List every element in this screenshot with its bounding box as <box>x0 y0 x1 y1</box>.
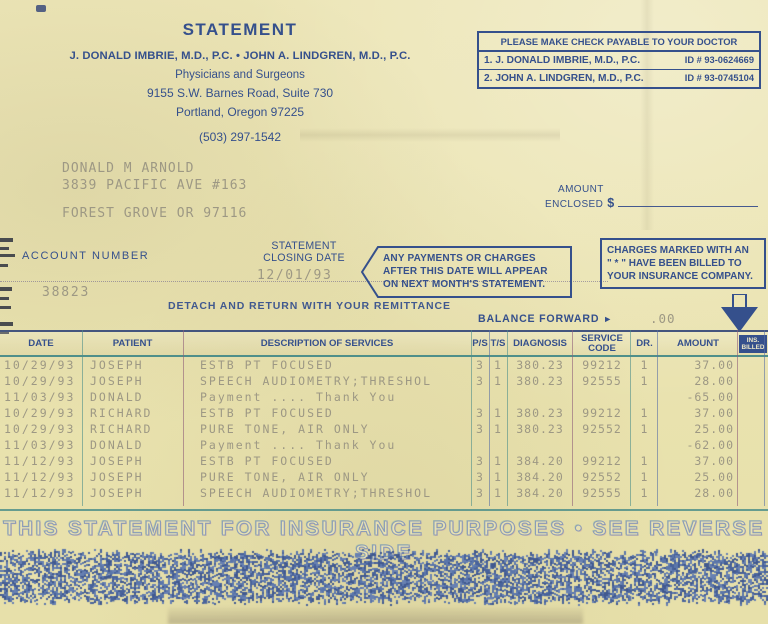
balance-forward-arrow-icon: ► <box>603 314 613 324</box>
cell-diagnosis <box>507 437 573 453</box>
cell-patient: JOSEPH <box>82 373 183 389</box>
cell-patient: DONALD <box>82 389 183 405</box>
payable-doctor-2-id: ID # 93-0745104 <box>685 73 754 83</box>
cell-diagnosis: 380.23 <box>507 373 573 389</box>
cell-amount: 28.00 <box>658 373 738 389</box>
cell-patient: RICHARD <box>82 405 183 421</box>
practice-phone: (503) 297-1542 <box>40 130 440 144</box>
cell-ts <box>489 389 507 405</box>
payable-box: PLEASE MAKE CHECK PAYABLE TO YOUR DOCTOR… <box>477 31 761 89</box>
amount-enclosed-label-1: AMOUNT <box>558 184 758 195</box>
cell-diagnosis: 384.20 <box>507 485 573 501</box>
cell-service-code: 92552 <box>573 421 631 437</box>
cell-dr: 1 <box>631 453 658 469</box>
cell-amount: 25.00 <box>658 469 738 485</box>
scan-artifact <box>0 322 13 326</box>
table-rule <box>630 330 631 506</box>
practice-address-line1: 9155 S.W. Barnes Road, Suite 730 <box>40 86 440 100</box>
cell-date: 10/29/93 <box>0 421 82 437</box>
scan-artifact <box>0 247 9 250</box>
cell-amount: -65.00 <box>658 389 738 405</box>
practice-profession: Physicians and Surgeons <box>40 69 440 81</box>
cell-ts: 1 <box>489 421 507 437</box>
security-band <box>0 546 768 608</box>
cell-amount: 37.00 <box>658 357 738 373</box>
cell-service-code: 92552 <box>573 469 631 485</box>
cell-date: 10/29/93 <box>0 373 82 389</box>
col-header-description: DESCRIPTION OF SERVICES <box>183 339 471 349</box>
amount-enclosed-blank-line <box>618 196 758 207</box>
cell-description: SPEECH AUDIOMETRY;THRESHOL <box>183 485 471 501</box>
table-rule <box>183 330 184 506</box>
cell-ps: 3 <box>471 485 489 501</box>
scan-artifact <box>0 264 8 267</box>
practice-header: STATEMENT J. DONALD IMBRIE, M.D., P.C. •… <box>40 20 440 144</box>
cell-ps: 3 <box>471 373 489 389</box>
cell-date: 11/12/93 <box>0 469 82 485</box>
cell-ps: 3 <box>471 453 489 469</box>
cell-ts: 1 <box>489 469 507 485</box>
cell-diagnosis: 380.23 <box>507 405 573 421</box>
cell-diagnosis: 384.20 <box>507 469 573 485</box>
table-rule <box>657 330 658 506</box>
table-rule <box>572 330 573 506</box>
recipient-street: 3839 PACIFIC AVE #163 <box>62 177 247 194</box>
cell-dr <box>631 437 658 453</box>
balance-forward-label: BALANCE FORWARD► <box>478 313 613 325</box>
cell-service-code: 99212 <box>573 453 631 469</box>
recipient-city: FOREST GROVE OR 97116 <box>62 205 247 222</box>
cell-diagnosis <box>507 389 573 405</box>
cell-ts: 1 <box>489 453 507 469</box>
cell-dr <box>631 389 658 405</box>
account-number-label: ACCOUNT NUMBER <box>22 250 149 262</box>
cell-date: 10/29/93 <box>0 357 82 373</box>
cell-amount: -62.00 <box>658 437 738 453</box>
amount-enclosed: AMOUNT ENCLOSED $ <box>545 184 758 210</box>
services-table: DATE PATIENT DESCRIPTION OF SERVICES P/S… <box>0 330 768 511</box>
cell-service-code: 99212 <box>573 357 631 373</box>
payable-box-title: PLEASE MAKE CHECK PAYABLE TO YOUR DOCTOR <box>479 33 759 52</box>
cell-ts: 1 <box>489 357 507 373</box>
payable-doctor-2-name: 2. JOHN A. LINDGREN, M.D., P.C. <box>484 73 644 84</box>
cell-dr: 1 <box>631 421 658 437</box>
cell-ps: 3 <box>471 469 489 485</box>
cell-patient: RICHARD <box>82 421 183 437</box>
amount-enclosed-label-2: ENCLOSED <box>545 199 603 210</box>
col-header-ps: P/S <box>471 339 489 349</box>
cell-dr: 1 <box>631 469 658 485</box>
paper-edge-shadow <box>168 607 583 624</box>
currency-symbol: $ <box>607 196 614 210</box>
payable-doctor-1-id: ID # 93-0624669 <box>685 55 754 65</box>
page-title: STATEMENT <box>40 20 440 40</box>
down-arrow-icon <box>714 294 766 334</box>
table-rule <box>489 330 490 506</box>
cell-description: ESTB PT FOCUSED <box>183 357 471 373</box>
cell-ts: 1 <box>489 373 507 389</box>
cell-ts: 1 <box>489 405 507 421</box>
cell-service-code <box>573 389 631 405</box>
cell-amount: 37.00 <box>658 405 738 421</box>
payable-doctor-1-name: 1. J. DONALD IMBRIE, M.D., P.C. <box>484 55 640 66</box>
cell-amount: 37.00 <box>658 453 738 469</box>
scan-artifact <box>0 254 15 257</box>
cell-dr: 1 <box>631 485 658 501</box>
cell-description: Payment .... Thank You <box>183 389 471 405</box>
table-rule <box>82 330 83 506</box>
doctors-names: J. DONALD IMBRIE, M.D., P.C. • JOHN A. L… <box>40 50 440 62</box>
cell-description: PURE TONE, AIR ONLY <box>183 421 471 437</box>
cell-dr: 1 <box>631 405 658 421</box>
service-table-body: 10/29/93 JOSEPH ESTB PT FOCUSED 3 1 380.… <box>0 357 768 511</box>
cell-date: 11/12/93 <box>0 485 82 501</box>
payable-doctor-2: 2. JOHN A. LINDGREN, M.D., P.C. ID # 93-… <box>479 69 759 87</box>
cell-service-code: 99212 <box>573 405 631 421</box>
cell-service-code: 92555 <box>573 373 631 389</box>
cell-ps: 3 <box>471 421 489 437</box>
cell-date: 11/12/93 <box>0 453 82 469</box>
payable-doctor-1: 1. J. DONALD IMBRIE, M.D., P.C. ID # 93-… <box>479 52 759 69</box>
scan-artifact <box>0 287 12 291</box>
table-rule <box>471 330 472 506</box>
services-table-header: DATE PATIENT DESCRIPTION OF SERVICES P/S… <box>0 330 768 357</box>
cell-diagnosis: 380.23 <box>507 421 573 437</box>
cell-description: ESTB PT FOCUSED <box>183 405 471 421</box>
col-header-dr: DR. <box>631 339 658 349</box>
charges-notice-box: CHARGES MARKED WITH AN " * " HAVE BEEN B… <box>600 238 766 289</box>
cell-date: 10/29/93 <box>0 405 82 421</box>
scan-artifact <box>0 297 9 300</box>
cell-patient: DONALD <box>82 437 183 453</box>
cell-amount: 25.00 <box>658 421 738 437</box>
col-header-ts: T/S <box>489 339 507 349</box>
cell-patient: JOSEPH <box>82 485 183 501</box>
cell-date: 11/03/93 <box>0 437 82 453</box>
cell-ts <box>489 437 507 453</box>
cell-ps <box>471 389 489 405</box>
scan-artifact <box>36 5 46 12</box>
table-rule <box>507 330 508 506</box>
cell-dr: 1 <box>631 357 658 373</box>
cell-amount: 28.00 <box>658 485 738 501</box>
cell-ts: 1 <box>489 485 507 501</box>
cell-diagnosis: 380.23 <box>507 357 573 373</box>
cell-description: SPEECH AUDIOMETRY;THRESHOL <box>183 373 471 389</box>
recipient-address: DONALD M ARNOLD 3839 PACIFIC AVE #163 FO… <box>62 160 247 222</box>
table-rule <box>737 330 738 506</box>
scan-artifact <box>0 238 13 242</box>
practice-address-line2: Portland, Oregon 97225 <box>40 105 440 119</box>
col-header-date: DATE <box>0 339 82 349</box>
cell-diagnosis: 384.20 <box>507 453 573 469</box>
col-header-diagnosis: DIAGNOSIS <box>507 339 573 349</box>
cell-ps: 3 <box>471 405 489 421</box>
cell-service-code: 92555 <box>573 485 631 501</box>
cell-description: PURE TONE, AIR ONLY <box>183 469 471 485</box>
recipient-name: DONALD M ARNOLD <box>62 160 247 177</box>
payments-notice-box: ANY PAYMENTS OR CHARGES AFTER THIS DATE … <box>361 246 573 298</box>
account-number-value: 38823 <box>42 285 90 300</box>
cell-patient: JOSEPH <box>82 357 183 373</box>
col-header-amount: AMOUNT <box>658 339 738 349</box>
col-header-patient: PATIENT <box>82 339 183 349</box>
col-header-service-code: SERVICE CODE <box>573 334 631 354</box>
cell-date: 11/03/93 <box>0 389 82 405</box>
cell-ps: 3 <box>471 357 489 373</box>
table-rule <box>764 330 765 506</box>
cell-patient: JOSEPH <box>82 453 183 469</box>
detach-instruction: DETACH AND RETURN WITH YOUR REMITTANCE <box>168 300 451 312</box>
cell-service-code <box>573 437 631 453</box>
cell-ps <box>471 437 489 453</box>
statement-page: STATEMENT J. DONALD IMBRIE, M.D., P.C. •… <box>0 0 768 624</box>
closing-date-label: STATEMENT CLOSING DATE <box>252 240 356 264</box>
scan-artifact <box>0 306 11 309</box>
cell-description: ESTB PT FOCUSED <box>183 453 471 469</box>
cell-dr: 1 <box>631 373 658 389</box>
cell-description: Payment .... Thank You <box>183 437 471 453</box>
cell-patient: JOSEPH <box>82 469 183 485</box>
balance-forward-value: .00 <box>650 311 676 326</box>
